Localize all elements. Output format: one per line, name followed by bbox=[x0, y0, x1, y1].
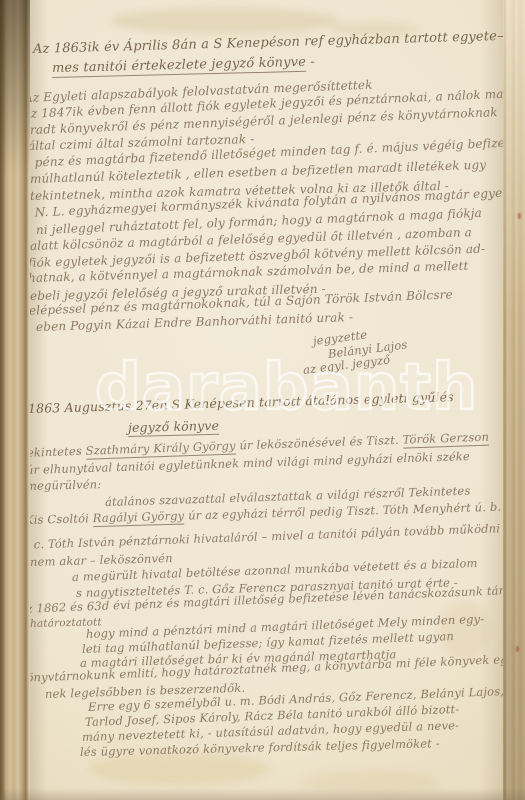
book-fore-edge bbox=[503, 0, 525, 800]
manuscript-line: 1863 Augusztus 27én S Kenépesen tartott … bbox=[28, 389, 454, 416]
manuscript-text: Az 1863ik év Április 8án a S Kenepéson r… bbox=[0, 0, 525, 800]
red-speck bbox=[516, 646, 519, 652]
text: T. c. Tóth István pénztárnoki hivataláró… bbox=[20, 521, 501, 552]
text: - bbox=[306, 55, 315, 70]
photograph-of-manuscript: Az 1863ik év Április 8án a S Kenepéson r… bbox=[0, 0, 525, 800]
underlined-text: mes tanitói értekezlete jegyző könyve bbox=[52, 55, 306, 78]
underlined-text: jegyző könyve bbox=[128, 418, 219, 437]
text: Az 1863ik év Április 8án a S Kenepéson r… bbox=[33, 29, 511, 57]
manuscript-line: Az 1863ik év Április 8án a S Kenepéson r… bbox=[33, 29, 511, 57]
manuscript-line: mes tanitói értekezlete jegyző könyve - bbox=[52, 55, 315, 76]
text: 1863 Augusztus 27én S Kenépesen tartott … bbox=[28, 389, 454, 416]
manuscript-line: T. c. Tóth István pénztárnoki hivataláró… bbox=[20, 521, 501, 552]
underlined-text: Török Gerzson bbox=[402, 430, 489, 449]
manuscript-line: jegyző könyve bbox=[128, 418, 219, 435]
page-edge-shadow bbox=[480, 0, 503, 800]
underlined-text: Ragályi György bbox=[93, 509, 185, 528]
book-binding-edge bbox=[0, 0, 30, 800]
red-speck bbox=[518, 213, 521, 219]
bottom-shadow bbox=[0, 788, 525, 800]
text: úr leköszönésével és Tiszt. bbox=[235, 433, 402, 453]
